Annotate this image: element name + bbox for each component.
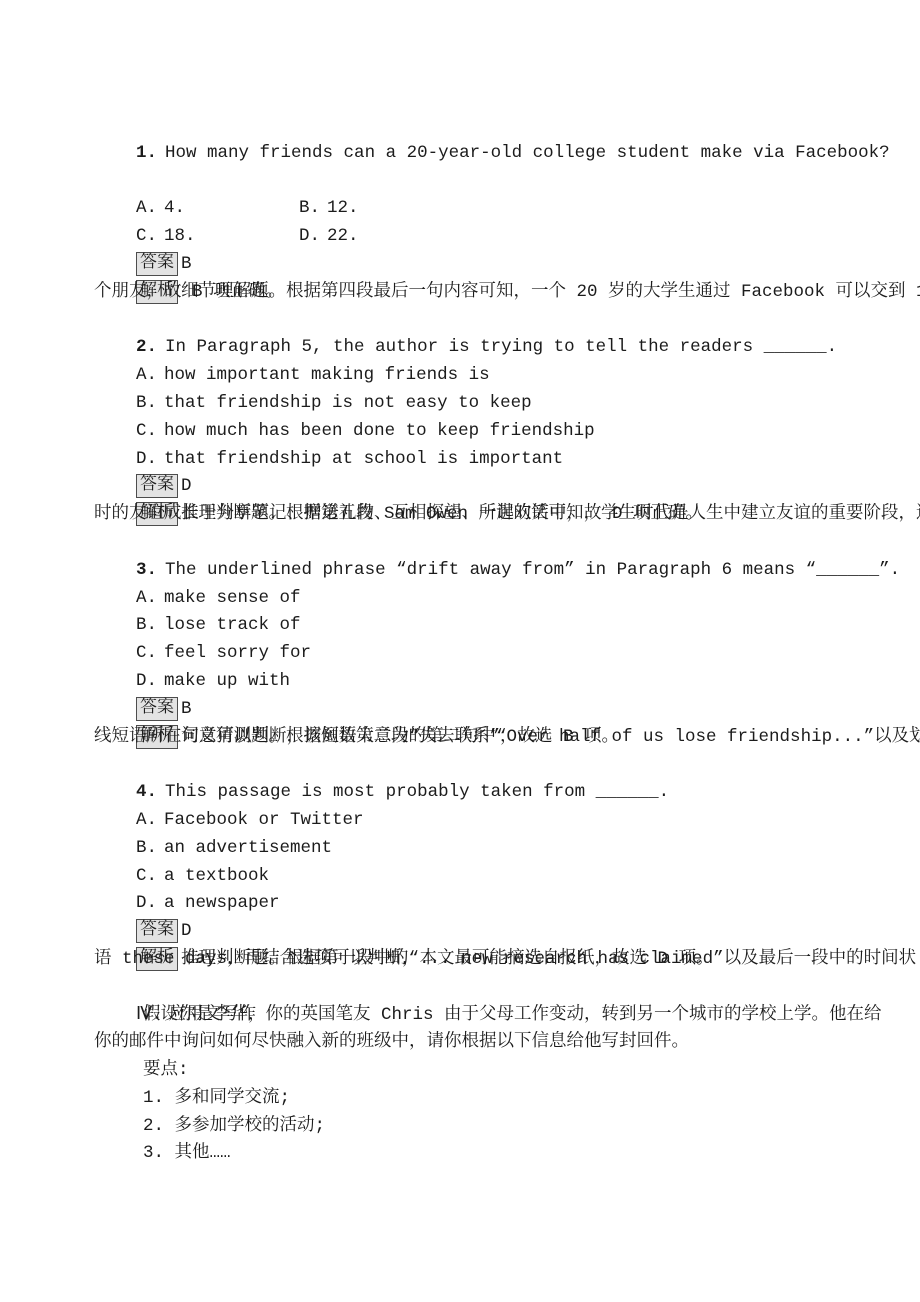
option-a-label: A. (136, 198, 157, 218)
question-4-analysis-row: 解析推理判断题。根据第一段中的“... new research has cla… (94, 918, 870, 946)
option-d-label: D. (136, 671, 157, 691)
option-b-label: B. (136, 615, 157, 635)
option-b-text: 12. (327, 198, 359, 218)
option-c-label: C. (136, 226, 157, 246)
option-a-label: A. (136, 365, 157, 385)
question-2-number: 2. (136, 337, 157, 357)
question-3-answer: B (181, 699, 192, 719)
writing-section-heading: Ⅳ.应用文写作 (94, 974, 870, 1002)
question-1-answer: B (181, 254, 192, 274)
question-3-text: The underlined phrase “drift away from” … (165, 560, 900, 580)
option-d-label: D. (136, 449, 157, 469)
option-c-text: feel sorry for (164, 643, 311, 663)
answer-label-box: 答案 (136, 919, 178, 943)
option-c-label: C. (136, 643, 157, 663)
option-b-label: B. (299, 198, 320, 218)
answer-label-box: 答案 (136, 474, 178, 498)
option-d-label: D. (136, 893, 157, 913)
question-1-analysis-row: 解析细节理解题。根据第四段最后一句内容可知，一个 20 岁的大学生通过 Face… (94, 251, 870, 279)
question-1-analysis-line-1: 细节理解题。根据第四段最后一句内容可知，一个 20 岁的大学生通过 Facebo… (181, 282, 920, 302)
option-a-text: Facebook or Twitter (164, 810, 364, 830)
question-2-stem: 2.In Paragraph 5, the author is trying t… (94, 307, 870, 335)
question-1-options-row-ab: A.4.B.12. (94, 168, 870, 196)
option-b-text: that friendship is not easy to keep (164, 393, 532, 413)
writing-points-label: 要点: (94, 1057, 870, 1085)
exercise-answer-page: 1.How many friends can a 20-year-old col… (0, 0, 920, 1168)
question-4-answer: D (181, 921, 192, 941)
question-1-number: 1. (136, 143, 157, 163)
question-2-answer: D (181, 476, 192, 496)
question-3-analysis-row: 解析词义猜测题。根据倒数第二段的第二句中“Over half of us los… (94, 696, 870, 724)
option-d-text: a newspaper (164, 893, 280, 913)
option-a-text: how important making friends is (164, 365, 490, 385)
option-b-text: lose track of (164, 615, 301, 635)
question-3-number: 3. (136, 560, 157, 580)
writing-prompt-line-1: 假设你是李华，你的英国笔友 Chris 由于父母工作变动，转到另一个城市的学校上… (94, 1002, 870, 1030)
option-c-text: 18. (164, 226, 196, 246)
option-d-text: 22. (327, 226, 359, 246)
question-2-text: In Paragraph 5, the author is trying to … (165, 337, 837, 357)
option-d-label: D. (299, 226, 320, 246)
question-4-number: 4. (136, 782, 157, 802)
option-c-text: how much has been done to keep friendshi… (164, 421, 595, 441)
option-a-text: 4. (164, 198, 185, 218)
option-a-label: A. (136, 588, 157, 608)
option-c: C.18. (136, 223, 299, 251)
option-a: A.4. (136, 195, 299, 223)
question-4-text: This passage is most probably taken from… (165, 782, 669, 802)
question-3-stem: 3.The underlined phrase “drift away from… (94, 529, 870, 557)
option-c-label: C. (136, 866, 157, 886)
question-4-stem: 4.This passage is most probably taken fr… (94, 751, 870, 779)
question-2-analysis-row: 解析推理判断题。根据第五段 Sam Owen 所讲的话可知，学生时代是人生中建立… (94, 473, 870, 501)
option-a-label: A. (136, 810, 157, 830)
answer-label-box: 答案 (136, 697, 178, 721)
question-1-stem: 1.How many friends can a 20-year-old col… (94, 112, 870, 140)
writing-point-2: 2. 多参加学校的活动; (94, 1113, 870, 1141)
option-a-text: make sense of (164, 588, 301, 608)
writing-point-3: 3. 其他…… (94, 1140, 870, 1168)
option-b-label: B. (136, 838, 157, 858)
option-d-text: make up with (164, 671, 290, 691)
option-b-text: an advertisement (164, 838, 332, 858)
question-1-text: How many friends can a 20-year-old colle… (165, 143, 890, 163)
writing-point-1: 1. 多和同学交流; (94, 1085, 870, 1113)
option-d-text: that friendship at school is important (164, 449, 563, 469)
option-c-label: C. (136, 421, 157, 441)
answer-label-box: 答案 (136, 252, 178, 276)
writing-prompt-line-2: 你的邮件中询问如何尽快融入新的班级中，请你根据以下信息给他写封回件。 (94, 1029, 870, 1057)
option-c-text: a textbook (164, 866, 269, 886)
option-b-label: B. (136, 393, 157, 413)
